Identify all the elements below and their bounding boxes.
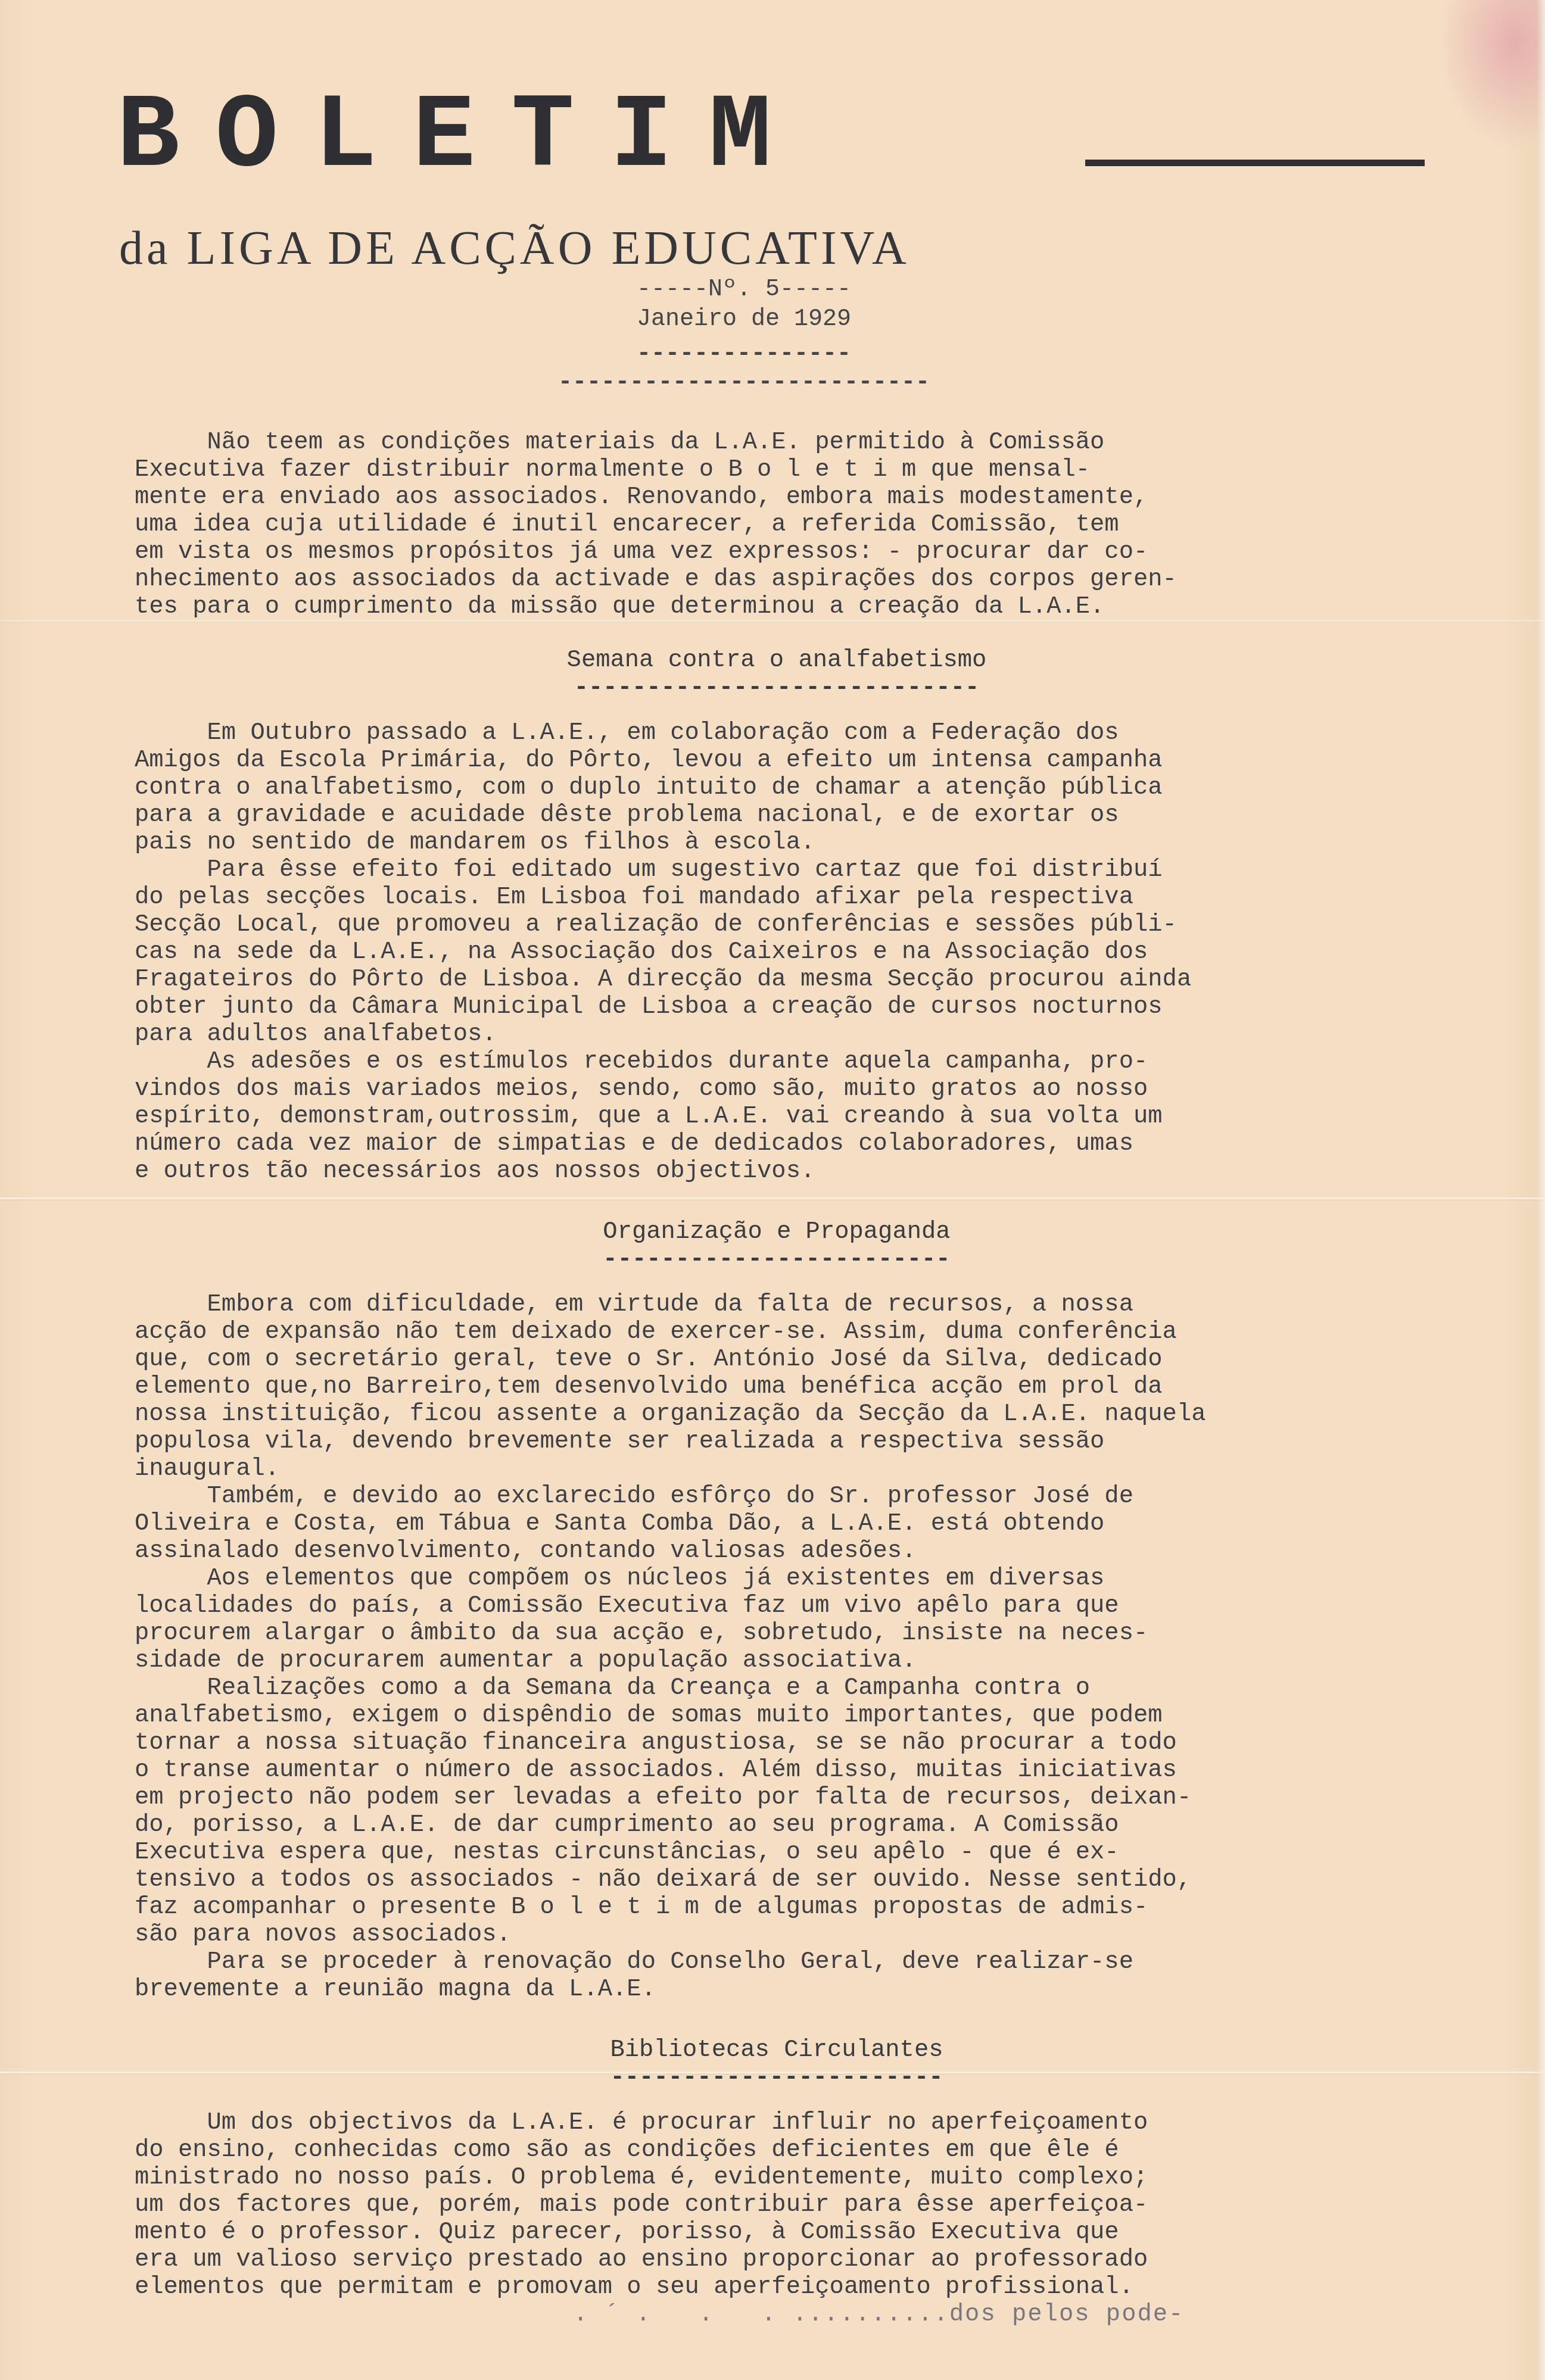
text-line: localidades do país, a Comissão Executiv… bbox=[135, 1592, 1469, 1620]
issue-number: -----Nº. 5----- bbox=[0, 276, 1516, 304]
text-line: para adultos analfabetos. bbox=[135, 1021, 1469, 1048]
text-line: vindos dos mais variados meios, sendo, c… bbox=[135, 1075, 1469, 1103]
masthead-rule bbox=[1085, 160, 1425, 166]
text-line: para a gravidade e acuidade dêste proble… bbox=[135, 801, 1469, 829]
text-line: populosa vila, devendo brevemente ser re… bbox=[135, 1428, 1469, 1455]
text-line: cas na sede da L.A.E., na Associação dos… bbox=[135, 938, 1469, 966]
text-line: Fragateiros do Pôrto de Lisboa. A direcç… bbox=[135, 966, 1469, 993]
truncated-text-line: . ´ . . . ..........dos pelos pode- bbox=[135, 2301, 1469, 2328]
text-line: Em Outubro passado a L.A.E., em colabora… bbox=[135, 719, 1469, 747]
text-line: Oliveira e Costa, em Tábua e Santa Comba… bbox=[135, 1510, 1469, 1537]
masthead-subtitle: da LIGA DE ACÇÃO EDUCATIVA bbox=[119, 222, 1429, 275]
text-line: são para novos associados. bbox=[135, 1921, 1469, 1948]
text-line: Não teem as condições materiais da L.A.E… bbox=[135, 429, 1469, 456]
text-line: era um valioso serviço prestado ao ensin… bbox=[135, 2246, 1469, 2273]
intro-paragraph: Não teem as condições materiais da L.A.E… bbox=[135, 429, 1469, 620]
section-heading: Bibliotecas Circulantes bbox=[85, 2036, 1469, 2064]
text-line: elementos que permitam e promovam o seu … bbox=[135, 2273, 1469, 2301]
text-line: tes para o cumprimento da missão que det… bbox=[135, 593, 1469, 620]
section-underline: ----------------------- bbox=[85, 2064, 1469, 2091]
section-semana-analfabetismo: Semana contra o analfabetismo ----------… bbox=[135, 647, 1469, 1185]
paper-edge bbox=[1537, 0, 1545, 2380]
section-heading: Semana contra o analfabetismo bbox=[85, 647, 1469, 674]
text-line: obter junto da Câmara Municipal de Lisbo… bbox=[135, 993, 1469, 1021]
masthead-divider-long: -------------------------- bbox=[0, 369, 1516, 397]
text-line: nhecimento aos associados da activade e … bbox=[135, 566, 1469, 593]
document-page: BOLETIM da LIGA DE ACÇÃO EDUCATIVA -----… bbox=[0, 0, 1545, 2380]
text-line: sidade de procurarem aumentar a populaçã… bbox=[135, 1647, 1469, 1674]
text-line: Para se proceder à renovação do Conselho… bbox=[135, 1948, 1469, 1976]
text-line: acção de expansão não tem deixado de exe… bbox=[135, 1318, 1469, 1346]
text-line: um dos factores que, porém, mais pode co… bbox=[135, 2191, 1469, 2219]
section-underline: ------------------------ bbox=[85, 1246, 1469, 1273]
section-underline: ---------------------------- bbox=[85, 674, 1469, 701]
text-line: faz acompanhar o presente B o l e t i m … bbox=[135, 1894, 1469, 1921]
text-line: do pelas secções locais. Em Lisboa foi m… bbox=[135, 884, 1469, 911]
text-line: Para êsse efeito foi editado um sugestiv… bbox=[135, 856, 1469, 884]
section-organizacao-propaganda: Organização e Propaganda ---------------… bbox=[135, 1218, 1469, 2003]
text-line: do, porisso, a L.A.E. de dar cumprimento… bbox=[135, 1811, 1469, 1839]
text-line: do ensino, conhecidas como são as condiç… bbox=[135, 2136, 1469, 2164]
section-heading: Organização e Propaganda bbox=[85, 1218, 1469, 1246]
text-line: em projecto não podem ser levadas a efei… bbox=[135, 1784, 1469, 1811]
text-line: Um dos objectivos da L.A.E. é procurar i… bbox=[135, 2109, 1469, 2136]
text-line: inaugural. bbox=[135, 1455, 1469, 1483]
text-line: tensivo a todos os associados - não deix… bbox=[135, 1866, 1469, 1894]
text-line: em vista os mesmos propósitos já uma vez… bbox=[135, 538, 1469, 566]
issue-date: Janeiro de 1929 bbox=[0, 306, 1516, 333]
text-line: Realizações como a da Semana da Creança … bbox=[135, 1674, 1469, 1702]
text-line: tornar a nossa situação financeira angus… bbox=[135, 1729, 1469, 1757]
text-line: procurem alargar o âmbito da sua acção e… bbox=[135, 1620, 1469, 1647]
text-line: espírito, demonstram,outrossim, que a L.… bbox=[135, 1103, 1469, 1130]
text-line: o transe aumentar o número de associados… bbox=[135, 1757, 1469, 1784]
text-line: que, com o secretário geral, teve o Sr. … bbox=[135, 1346, 1469, 1373]
text-line: nossa instituição, ficou assente a organ… bbox=[135, 1400, 1469, 1428]
text-line: elemento que,no Barreiro,tem desenvolvid… bbox=[135, 1373, 1469, 1400]
text-line: mento é o professor. Quiz parecer, poris… bbox=[135, 2219, 1469, 2246]
text-line: uma idea cuja utilidade é inutil encarec… bbox=[135, 511, 1469, 538]
text-line: Também, e devido ao exclarecido esfôrço … bbox=[135, 1483, 1469, 1510]
masthead-divider-short: --------------- bbox=[0, 341, 1516, 368]
bulletin-body: Não teem as condições materiais da L.A.E… bbox=[135, 429, 1469, 2328]
text-line: Executiva espera que, nestas circunstânc… bbox=[135, 1839, 1469, 1866]
text-line: pais no sentido de mandarem os filhos à … bbox=[135, 829, 1469, 856]
text-line: Aos elementos que compõem os núcleos já … bbox=[135, 1565, 1469, 1592]
text-line: e outros tão necessários aos nossos obje… bbox=[135, 1158, 1469, 1185]
text-line: analfabetismo, exigem o dispêndio de som… bbox=[135, 1702, 1469, 1729]
masthead-title: BOLETIM bbox=[117, 89, 807, 185]
text-line: Secção Local, que promoveu a realização … bbox=[135, 911, 1469, 938]
text-line: mente era enviado aos associados. Renova… bbox=[135, 484, 1469, 511]
text-line: Executiva fazer distribuir normalmente o… bbox=[135, 456, 1469, 484]
text-line: assinalado desenvolvimento, contando val… bbox=[135, 1537, 1469, 1565]
text-line: contra o analfabetismo, com o duplo intu… bbox=[135, 774, 1469, 801]
text-line: ministrado no nosso país. O problema é, … bbox=[135, 2164, 1469, 2191]
text-line: número cada vez maior de simpatias e de … bbox=[135, 1130, 1469, 1158]
text-line: brevemente a reunião magna da L.A.E. bbox=[135, 1976, 1469, 2003]
text-line: As adesões e os estímulos recebidos dura… bbox=[135, 1048, 1469, 1075]
text-line: Amigos da Escola Primária, do Pôrto, lev… bbox=[135, 747, 1469, 774]
section-bibliotecas-circulantes: Bibliotecas Circulantes ----------------… bbox=[135, 2036, 1469, 2328]
text-line: Embora com dificuldade, em virtude da fa… bbox=[135, 1291, 1469, 1318]
